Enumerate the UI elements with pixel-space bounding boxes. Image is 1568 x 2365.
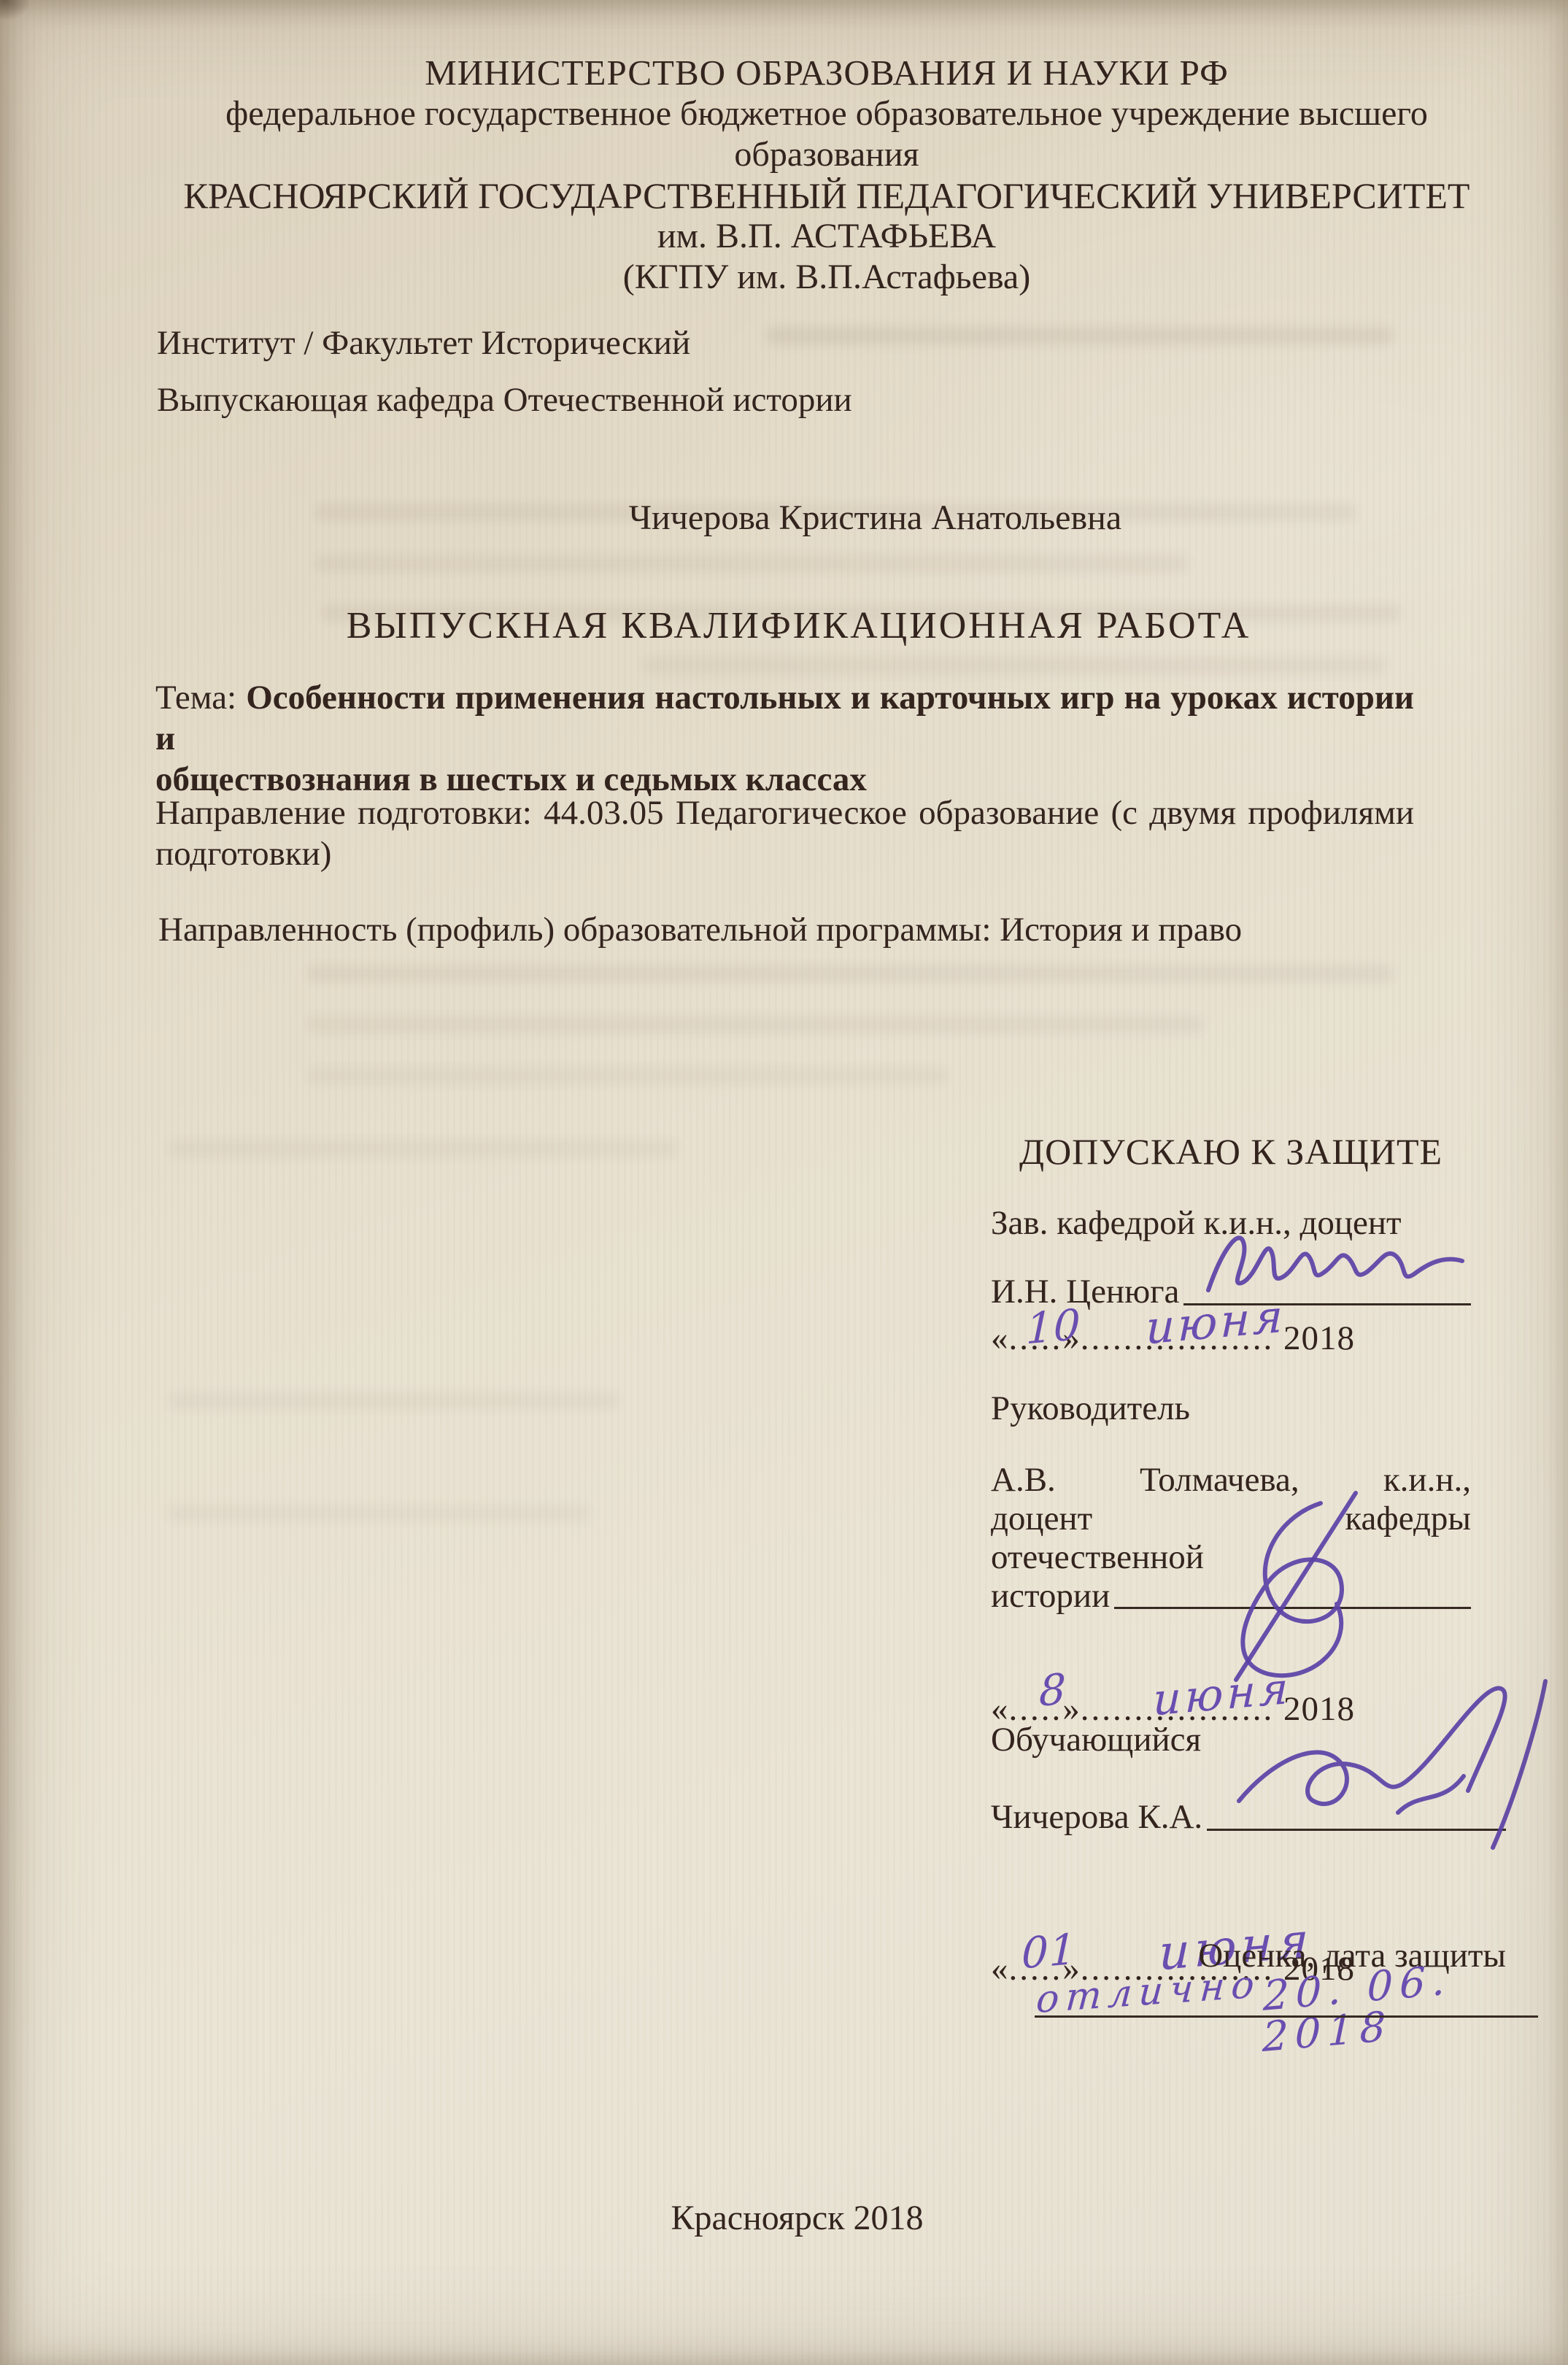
- bleed-through-line: [314, 555, 1189, 572]
- signature-line: [1207, 1829, 1506, 1831]
- university-abbreviation: (КГПУ им. В.П.Астафьева): [166, 257, 1487, 298]
- direction-line-2: подготовки): [155, 833, 1414, 874]
- bleed-through-line: [306, 965, 1394, 982]
- handwritten-day: 8: [1039, 1668, 1067, 1712]
- head-date-row: «.....».................. 2018 10 июня: [991, 1318, 1471, 1359]
- signature-line: [1114, 1607, 1471, 1609]
- topic-label: Тема:: [155, 679, 236, 717]
- university-named-after: им. В.П. АСТАФЬЕВА: [166, 216, 1487, 257]
- bleed-through-line: [766, 327, 1394, 344]
- supervisor-line-4: истории: [991, 1577, 1471, 1616]
- ministry-line: МИНИСТЕРСТВО ОБРАЗОВАНИЯ И НАУКИ РФ: [166, 53, 1487, 93]
- admit-to-defense-heading: ДОПУСКАЮ К ЗАЩИТЕ: [991, 1131, 1471, 1172]
- city-year-footer: Красноярск 2018: [13, 2198, 1568, 2239]
- bleed-through-line: [306, 1016, 1204, 1033]
- scanned-thesis-title-page: МИНИСТЕРСТВО ОБРАЗОВАНИЯ И НАУКИ РФ феде…: [0, 0, 1568, 2365]
- bleed-through-line: [168, 1140, 679, 1157]
- bleed-through-line: [306, 1067, 949, 1084]
- org-type-line-1: федеральное государственное бюджетное об…: [166, 93, 1487, 134]
- grade-row: отлично 20. 06. 2018: [991, 1970, 1545, 2036]
- university-name: КРАСНОЯРСКИЙ ГОСУДАРСТВЕННЫЙ ПЕДАГОГИЧЕС…: [166, 175, 1487, 216]
- supervisor-line-3: отечественной: [991, 1538, 1471, 1577]
- grade-line: [1035, 2015, 1538, 2018]
- org-type-line-2: образования: [166, 134, 1487, 175]
- scan-corner-shadow: [0, 0, 66, 47]
- quote-open: «: [991, 1319, 1009, 1357]
- student-signature-row: Чичерова К.А.: [991, 1797, 1506, 1837]
- direction-line-1: Направление подготовки: 44.03.05 Педагог…: [155, 792, 1414, 833]
- supervisor-label: Руководитель: [991, 1388, 1471, 1429]
- handwritten-month: июня: [1153, 1668, 1292, 1721]
- supervisor-line-4-text: истории: [991, 1577, 1110, 1616]
- handwritten-day: 10: [1026, 1304, 1082, 1350]
- bleed-through-line: [642, 657, 1386, 674]
- student-label: Обучающийся: [991, 1719, 1471, 1760]
- author-name: Чичерова Кристина Анатольевна: [91, 498, 1568, 539]
- department-head-title: Зав. кафедрой к.и.н., доцент: [991, 1203, 1471, 1243]
- handwritten-month: июня: [1146, 1295, 1286, 1349]
- bleed-through-line: [168, 1505, 591, 1522]
- topic-text-1: Особенности применения настольных и карт…: [155, 679, 1414, 757]
- bleed-through-line: [168, 1392, 620, 1410]
- university-header: МИНИСТЕРСТВО ОБРАЗОВАНИЯ И НАУКИ РФ феде…: [166, 53, 1487, 298]
- handwritten-grade: отлично: [1035, 1964, 1262, 2021]
- student-name: Чичерова К.А.: [991, 1797, 1202, 1837]
- work-type-title: ВЫПУСКНАЯ КВАЛИФИКАЦИОННАЯ РАБОТА: [15, 606, 1568, 647]
- supervisor-line-1: А.В. Толмачева, к.и.н.,: [991, 1461, 1471, 1500]
- year-text: 2018: [1283, 1319, 1355, 1357]
- supervisor-line-2: доцент кафедры: [991, 1500, 1471, 1538]
- institute-faculty-line: Институт / Факультет Исторический: [157, 323, 690, 363]
- profile-line: Направленность (профиль) образовательной…: [158, 909, 1242, 950]
- topic-line-1: Тема: Особенности применения настольных …: [155, 677, 1414, 759]
- graduating-department-line: Выпускающая кафедра Отечественной истори…: [157, 379, 852, 420]
